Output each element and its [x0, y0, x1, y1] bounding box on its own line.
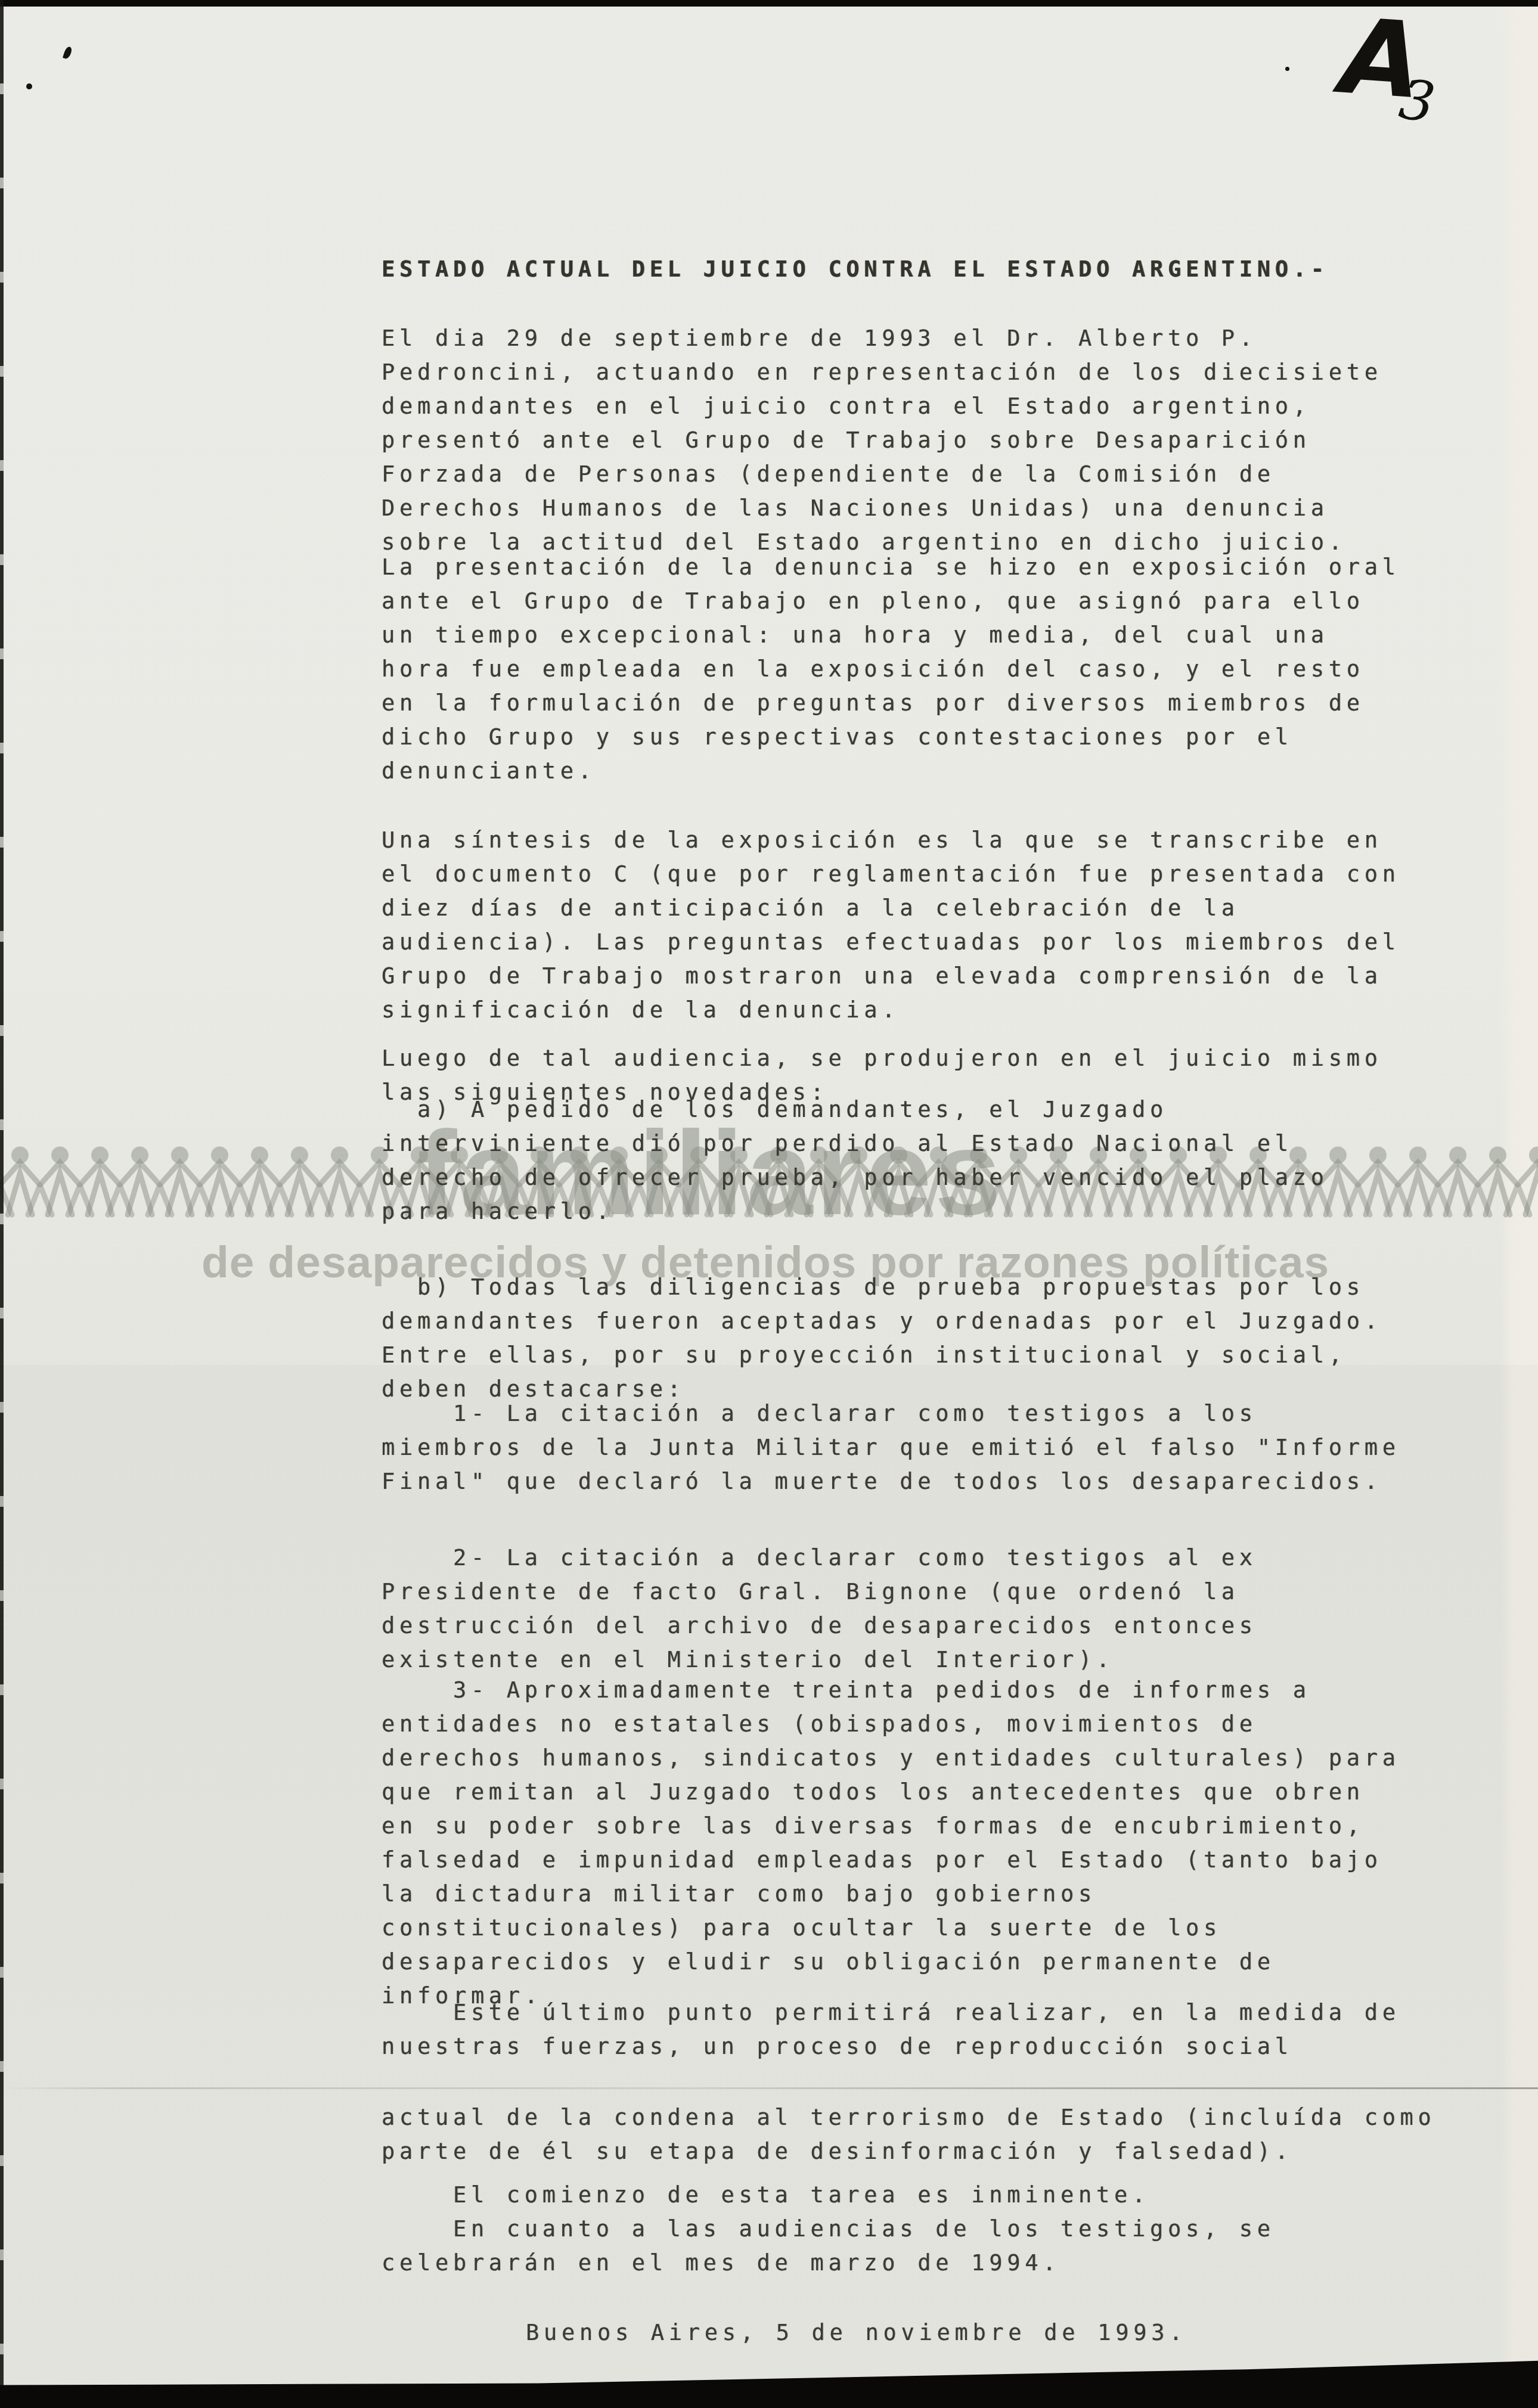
- paragraph-presentacion: La presentación de la denuncia se hizo e…: [382, 550, 1400, 788]
- paragraph-item-3: 3- Aproximadamente treinta pedidos de in…: [382, 1673, 1400, 2013]
- paragraph-closing-3: El comienzo de esta tarea es inminente. …: [382, 2178, 1275, 2280]
- dateline: Buenos Aires, 5 de noviembre de 1993.: [526, 2316, 1187, 2350]
- paragraph-intro: El dia 29 de septiembre de 1993 el Dr. A…: [382, 321, 1382, 559]
- ink-speck: [1285, 67, 1289, 71]
- scan-edge-bottom: [0, 2360, 1538, 2408]
- ink-speck: [63, 46, 73, 60]
- paragraph-closing-2: actual de la condena al terrorismo de Es…: [382, 2100, 1436, 2168]
- scan-edge-top: [0, 0, 1538, 7]
- document-title: ESTADO ACTUAL DEL JUICIO CONTRA EL ESTAD…: [382, 252, 1329, 286]
- scan-fold-line: [0, 2087, 1538, 2089]
- paragraph-closing-1: Este último punto permitirá realizar, en…: [382, 1996, 1400, 2063]
- paragraph-item-a: a) A pedido de los demandantes, el Juzga…: [382, 1093, 1329, 1228]
- paragraph-sintesis: Una síntesis de la exposición es la que …: [382, 823, 1400, 1027]
- ink-speck: [26, 83, 32, 89]
- paragraph-item-2: 2- La citación a declarar como testigos …: [382, 1541, 1257, 1677]
- paragraph-item-1: 1- La citación a declarar como testigos …: [382, 1397, 1400, 1498]
- paragraph-item-b: b) Todas las diligencias de prueba propu…: [382, 1270, 1382, 1406]
- handwritten-page-mark: A 3: [1300, 0, 1538, 155]
- scanned-document-page: familiares de desaparecidos y detenidos …: [0, 0, 1538, 2408]
- scan-edge-left: [0, 0, 4, 2408]
